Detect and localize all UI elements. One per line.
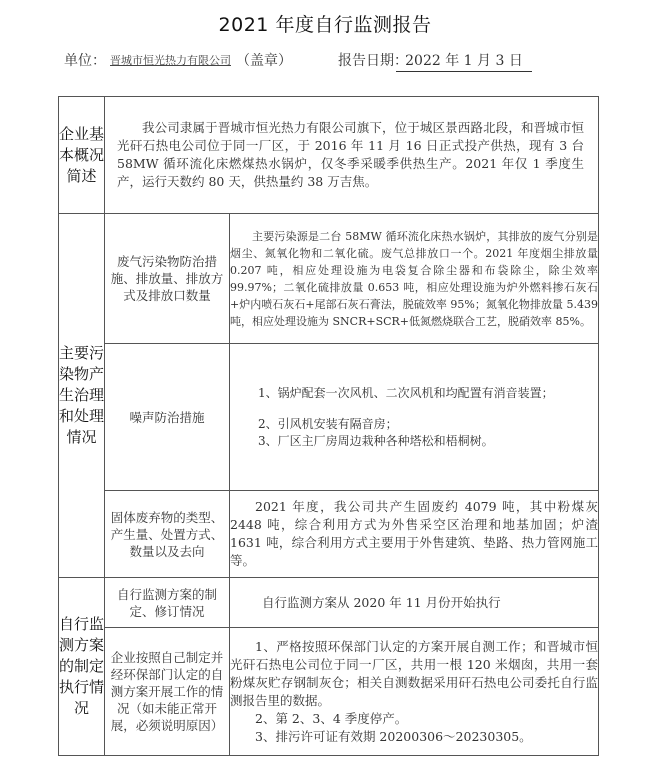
plan-label: 自行监测方案的制定、修订情况 <box>105 578 230 628</box>
execution-label: 企业按照自己制定并经环保部门认定的自测方案开展工作的情况（如未能正常开展，必须说… <box>105 628 230 756</box>
section-heading-overview: 企业基本概况简述 <box>59 97 105 214</box>
overview-text: 我公司隶属于晋城市恒光热力有限公司旗下，位于城区景西路北段，和晋城市恒光矸石热电… <box>117 119 584 191</box>
plan-text: 自行监测方案从 2020 年 11 月份开始执行 <box>262 594 598 611</box>
pollution-row-air: 主要污染物产生治理和处理情况 废气污染物防治措施、排放量、排放方式及排放口数量 … <box>59 214 599 344</box>
seal-note: （盖章） <box>236 50 292 70</box>
unit-label: 单位： <box>64 50 106 70</box>
execution-item-2: 2、第 2、3、4 季度停产。 <box>230 710 598 728</box>
execution-cell: 1、严格按照环保部门认定的方案开展自测工作；和晋城市恒光矸石热电公司位于同一厂区… <box>230 628 599 756</box>
section-heading-pollution: 主要污染物产生治理和处理情况 <box>59 214 105 578</box>
overview-text-cell: 我公司隶属于晋城市恒光热力有限公司旗下，位于城区景西路北段，和晋城市恒光矸石热电… <box>105 97 599 214</box>
overview-row: 企业基本概况简述 我公司隶属于晋城市恒光热力有限公司旗下，位于城区景西路北段，和… <box>59 97 599 214</box>
execution-item-1: 1、严格按照环保部门认定的方案开展自测工作；和晋城市恒光矸石热电公司位于同一厂区… <box>230 638 598 710</box>
plan-cell: 自行监测方案从 2020 年 11 月份开始执行 <box>230 578 599 628</box>
air-pollution-text: 主要污染源是二台 58MW 循环流化床热水锅炉，其排放的废气分别是烟尘、氮氧化物… <box>230 228 598 330</box>
monitoring-row-execution: 企业按照自己制定并经环保部门认定的自测方案开展工作的情况（如未能正常开展，必须说… <box>59 628 599 756</box>
noise-item-2: 2、引风机安装有隔音房； <box>258 416 598 433</box>
pollution-row-noise: 噪声防治措施 1、锅炉配套一次风机、二次风机和均配置有消音装置； 2、引风机安装… <box>59 344 599 491</box>
report-date: 2022 年 1 月 3 日 <box>396 50 532 72</box>
noise-item-1: 1、锅炉配套一次风机、二次风机和均配置有消音装置； <box>258 385 598 402</box>
solid-waste-text: 2021 年度，我公司共产生固废约 4079 吨，其中粉煤灰 2448 吨，综合… <box>230 498 598 570</box>
report-title: 2021 年度自行监测报告 <box>0 10 650 37</box>
unit-name: 晋城市恒光热力有限公司 <box>110 52 231 68</box>
air-pollution-cell: 主要污染源是二台 58MW 循环流化床热水锅炉，其排放的废气分别是烟尘、氮氧化物… <box>230 214 599 344</box>
solid-waste-cell: 2021 年度，我公司共产生固废约 4079 吨，其中粉煤灰 2448 吨，综合… <box>230 491 599 578</box>
pollution-row-solid: 固体废弃物的类型、产生量、处置方式、数量以及去向 2021 年度，我公司共产生固… <box>59 491 599 578</box>
monitoring-row-plan: 自行监测方案的制定执行情况 自行监测方案的制定、修订情况 自行监测方案从 202… <box>59 578 599 628</box>
solid-waste-label: 固体废弃物的类型、产生量、处置方式、数量以及去向 <box>105 491 230 578</box>
report-table: 企业基本概况简述 我公司隶属于晋城市恒光热力有限公司旗下，位于城区景西路北段，和… <box>58 96 599 756</box>
air-pollution-label: 废气污染物防治措施、排放量、排放方式及排放口数量 <box>105 214 230 344</box>
noise-item-3: 3、厂区主厂房周边栽种各种塔松和梧桐树。 <box>258 433 598 450</box>
noise-label: 噪声防治措施 <box>105 344 230 491</box>
noise-cell: 1、锅炉配套一次风机、二次风机和均配置有消音装置； 2、引风机安装有隔音房； 3… <box>230 344 599 491</box>
section-heading-monitoring: 自行监测方案的制定执行情况 <box>59 578 105 756</box>
execution-item-3: 3、排污许可证有效期 20200306～20230305。 <box>230 728 598 746</box>
